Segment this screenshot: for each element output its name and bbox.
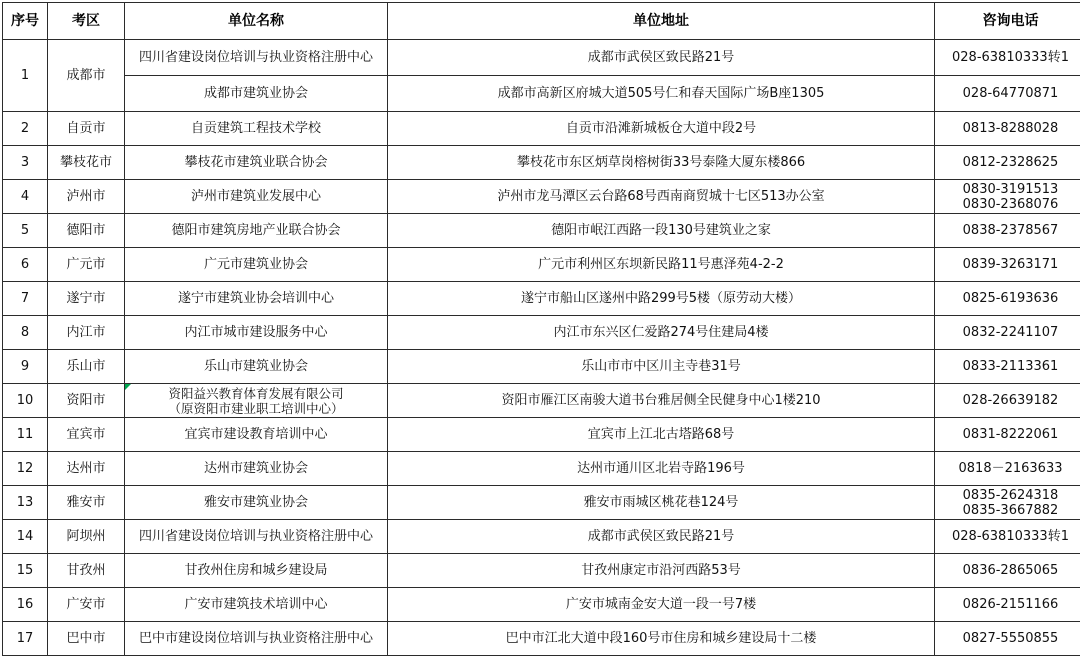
unit-name-line-2: （原资阳市建业职工培训中心） [129,401,383,416]
unit-address-cell: 甘孜州康定市沿河西路53号 [388,554,935,588]
phone-cell: 0832-2241107 [935,316,1080,350]
phone-cell: 0812-2328625 [935,146,1080,180]
region-cell: 宜宾市 [48,418,125,452]
table-row: 12 达州市 达州市建筑业协会 达州市通川区北岩寺路196号 0818－2163… [3,452,1080,486]
spreadsheet-area: 序号 考区 单位名称 单位地址 咨询电话 1 成都市 四川省建设岗位培训与执业资… [2,2,1080,656]
region-cell: 达州市 [48,452,125,486]
table-row: 17 巴中市 巴中市建设岗位培训与执业资格注册中心 巴中市江北大道中段160号市… [3,622,1080,656]
region-cell: 广安市 [48,588,125,622]
unit-name-cell: 德阳市建筑房地产业联合协会 [125,214,388,248]
unit-name-cell: 四川省建设岗位培训与执业资格注册中心 [125,40,388,76]
region-cell: 遂宁市 [48,282,125,316]
region-cell: 广元市 [48,248,125,282]
phone-cell: 028-64770871 [935,76,1080,112]
unit-address-cell: 达州市通川区北岩寺路196号 [388,452,935,486]
phone-cell: 0830-3191513 0830-2368076 [935,180,1080,214]
table-row: 9 乐山市 乐山市建筑业协会 乐山市市中区川主寺巷31号 0833-211336… [3,350,1080,384]
region-cell: 泸州市 [48,180,125,214]
unit-address-cell: 泸州市龙马潭区云台路68号西南商贸城十七区513办公室 [388,180,935,214]
unit-name-cell: 广元市建筑业协会 [125,248,388,282]
table-row: 5 德阳市 德阳市建筑房地产业联合协会 德阳市岷江西路一段130号建筑业之家 0… [3,214,1080,248]
table-row: 11 宜宾市 宜宾市建设教育培训中心 宜宾市上江北古塔路68号 0831-822… [3,418,1080,452]
phone-cell: 0831-8222061 [935,418,1080,452]
region-cell: 巴中市 [48,622,125,656]
seq-cell: 2 [3,112,48,146]
table-row: 成都市建筑业协会 成都市高新区府城大道505号仁和春天国际广场B座1305 02… [3,76,1080,112]
region-cell: 甘孜州 [48,554,125,588]
unit-name-cell: 乐山市建筑业协会 [125,350,388,384]
seq-cell: 17 [3,622,48,656]
unit-address-cell: 自贡市沿滩新城板仓大道中段2号 [388,112,935,146]
seq-cell: 14 [3,520,48,554]
seq-cell: 10 [3,384,48,418]
table-row: 8 内江市 内江市城市建设服务中心 内江市东兴区仁爱路274号住建局4楼 083… [3,316,1080,350]
header-phone: 咨询电话 [935,3,1080,40]
unit-name-cell: 甘孜州住房和城乡建设局 [125,554,388,588]
unit-name-cell: 四川省建设岗位培训与执业资格注册中心 [125,520,388,554]
header-row: 序号 考区 单位名称 单位地址 咨询电话 [3,3,1080,40]
unit-address-cell: 资阳市雁江区南骏大道书台雅居侧全民健身中心1楼210 [388,384,935,418]
phone-line-2: 0835-3667882 [939,503,1080,518]
unit-address-cell: 乐山市市中区川主寺巷31号 [388,350,935,384]
unit-name-cell: 遂宁市建筑业协会培训中心 [125,282,388,316]
phone-cell: 0827-5550855 [935,622,1080,656]
region-cell: 资阳市 [48,384,125,418]
table-row: 10 资阳市 资阳益兴教育体育发展有限公司 （原资阳市建业职工培训中心） 资阳市… [3,384,1080,418]
unit-name-cell: 达州市建筑业协会 [125,452,388,486]
phone-cell: 028-63810333转1 [935,40,1080,76]
unit-name-cell: 内江市城市建设服务中心 [125,316,388,350]
seq-cell: 4 [3,180,48,214]
phone-cell: 0838-2378567 [935,214,1080,248]
phone-cell: 0833-2113361 [935,350,1080,384]
seq-cell: 9 [3,350,48,384]
table-row: 15 甘孜州 甘孜州住房和城乡建设局 甘孜州康定市沿河西路53号 0836-28… [3,554,1080,588]
table-row: 3 攀枝花市 攀枝花市建筑业联合协会 攀枝花市东区炳草岗榕树街33号泰隆大厦东楼… [3,146,1080,180]
unit-name-cell: 成都市建筑业协会 [125,76,388,112]
table-row: 1 成都市 四川省建设岗位培训与执业资格注册中心 成都市武侯区致民路21号 02… [3,40,1080,76]
unit-address-cell: 成都市武侯区致民路21号 [388,520,935,554]
phone-cell: 0826-2151166 [935,588,1080,622]
unit-name-cell: 资阳益兴教育体育发展有限公司 （原资阳市建业职工培训中心） [125,384,388,418]
region-cell: 德阳市 [48,214,125,248]
region-cell: 自贡市 [48,112,125,146]
unit-name-cell: 自贡建筑工程技术学校 [125,112,388,146]
table-row: 14 阿坝州 四川省建设岗位培训与执业资格注册中心 成都市武侯区致民路21号 0… [3,520,1080,554]
unit-address-cell: 内江市东兴区仁爱路274号住建局4楼 [388,316,935,350]
unit-name-cell: 雅安市建筑业协会 [125,486,388,520]
region-cell: 内江市 [48,316,125,350]
phone-line-1: 0835-2624318 [939,488,1080,503]
table-row: 16 广安市 广安市建筑技术培训中心 广安市城南金安大道一段一号7楼 0826-… [3,588,1080,622]
seq-cell: 8 [3,316,48,350]
seq-cell: 16 [3,588,48,622]
phone-cell: 0825-6193636 [935,282,1080,316]
contact-table: 序号 考区 单位名称 单位地址 咨询电话 1 成都市 四川省建设岗位培训与执业资… [2,2,1080,656]
header-region: 考区 [48,3,125,40]
seq-cell: 6 [3,248,48,282]
phone-cell: 0813-8288028 [935,112,1080,146]
unit-address-cell: 宜宾市上江北古塔路68号 [388,418,935,452]
unit-address-cell: 广安市城南金安大道一段一号7楼 [388,588,935,622]
header-seq: 序号 [3,3,48,40]
region-cell: 阿坝州 [48,520,125,554]
phone-cell: 0836-2865065 [935,554,1080,588]
table-row: 7 遂宁市 遂宁市建筑业协会培训中心 遂宁市船山区遂州中路299号5楼（原劳动大… [3,282,1080,316]
unit-address-cell: 广元市利州区东坝新民路11号惠泽苑4-2-2 [388,248,935,282]
table-row: 2 自贡市 自贡建筑工程技术学校 自贡市沿滩新城板仓大道中段2号 0813-82… [3,112,1080,146]
unit-address-cell: 巴中市江北大道中段160号市住房和城乡建设局十二楼 [388,622,935,656]
seq-cell: 12 [3,452,48,486]
table-row: 13 雅安市 雅安市建筑业协会 雅安市雨城区桃花巷124号 0835-26243… [3,486,1080,520]
unit-name-cell: 宜宾市建设教育培训中心 [125,418,388,452]
seq-cell: 3 [3,146,48,180]
seq-cell: 13 [3,486,48,520]
region-cell: 攀枝花市 [48,146,125,180]
table-row: 4 泸州市 泸州市建筑业发展中心 泸州市龙马潭区云台路68号西南商贸城十七区51… [3,180,1080,214]
phone-cell: 0839-3263171 [935,248,1080,282]
seq-cell: 15 [3,554,48,588]
region-cell: 乐山市 [48,350,125,384]
phone-cell: 0818－2163633 [935,452,1080,486]
phone-cell: 028-63810333转1 [935,520,1080,554]
phone-cell: 0835-2624318 0835-3667882 [935,486,1080,520]
table-row: 6 广元市 广元市建筑业协会 广元市利州区东坝新民路11号惠泽苑4-2-2 08… [3,248,1080,282]
unit-address-cell: 攀枝花市东区炳草岗榕树街33号泰隆大厦东楼866 [388,146,935,180]
unit-name-cell: 泸州市建筑业发展中心 [125,180,388,214]
unit-address-cell: 遂宁市船山区遂州中路299号5楼（原劳动大楼） [388,282,935,316]
seq-cell: 1 [3,40,48,112]
unit-name-cell: 攀枝花市建筑业联合协会 [125,146,388,180]
unit-address-cell: 成都市武侯区致民路21号 [388,40,935,76]
phone-line-1: 0830-3191513 [939,182,1080,197]
region-cell: 雅安市 [48,486,125,520]
seq-cell: 5 [3,214,48,248]
unit-address-cell: 德阳市岷江西路一段130号建筑业之家 [388,214,935,248]
header-unit-address: 单位地址 [388,3,935,40]
header-unit-name: 单位名称 [125,3,388,40]
phone-line-2: 0830-2368076 [939,197,1080,212]
unit-address-cell: 雅安市雨城区桃花巷124号 [388,486,935,520]
seq-cell: 7 [3,282,48,316]
unit-name-cell: 广安市建筑技术培训中心 [125,588,388,622]
seq-cell: 11 [3,418,48,452]
unit-address-cell: 成都市高新区府城大道505号仁和春天国际广场B座1305 [388,76,935,112]
unit-name-line-1: 资阳益兴教育体育发展有限公司 [129,386,383,401]
cell-comment-marker-icon [125,384,131,390]
phone-cell: 028-26639182 [935,384,1080,418]
region-cell: 成都市 [48,40,125,112]
unit-name-cell: 巴中市建设岗位培训与执业资格注册中心 [125,622,388,656]
